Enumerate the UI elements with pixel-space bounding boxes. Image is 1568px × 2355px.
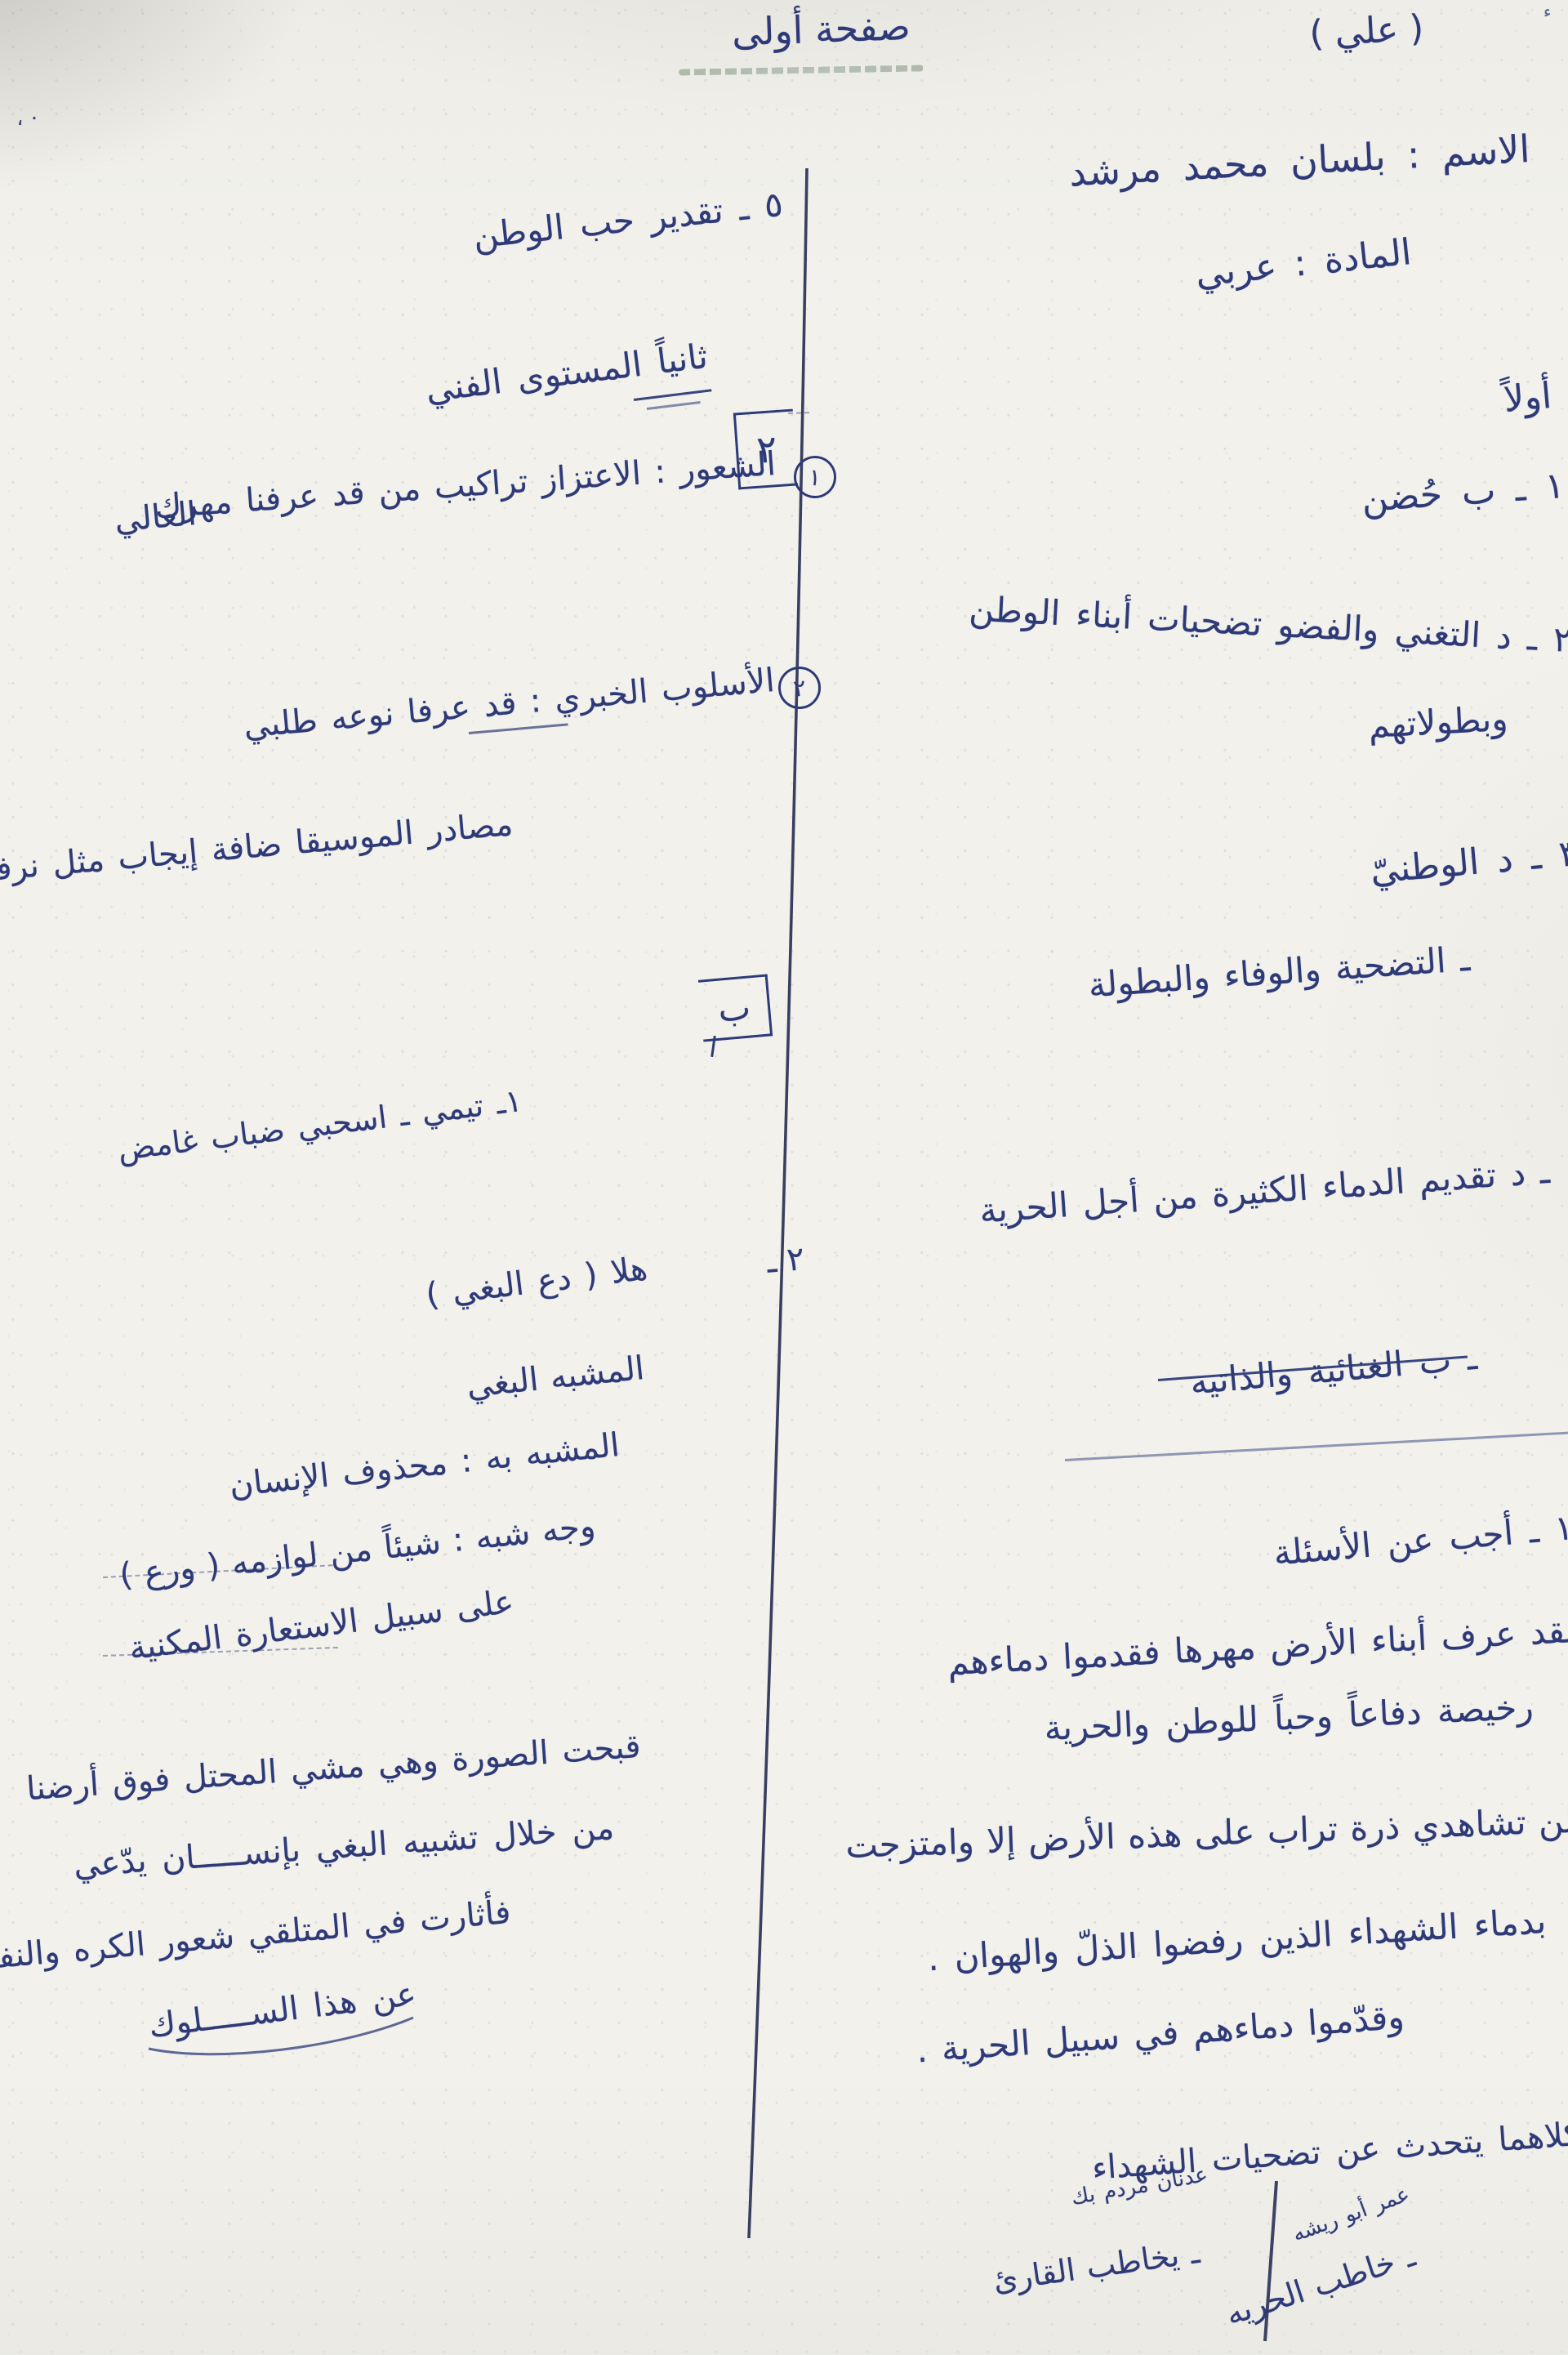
right-line-first_heading: أولاً (1503, 376, 1554, 421)
left-line-l_image3: فأثارت في المتلقي شعور الكره والنفرة (0, 1893, 512, 1978)
grade-circle-1: ١ (791, 453, 840, 502)
right-line-verse4: بدماء الشهداء الذين رفضوا الذلّ والهوان … (927, 1902, 1548, 1979)
left-line-l_image4: عن هذا الســـــلوك (146, 1975, 418, 2045)
left-line-l_image1: قبحت الصورة وهي مشي المحتل فوق أرضنا (25, 1728, 642, 1808)
grade-circle-2: ٢ (776, 664, 822, 711)
section-box-b: ب (698, 974, 773, 1041)
left-line-l_image2: من خلال تشبيه البغي بإنســـــان يدّعي (72, 1809, 615, 1884)
right-line-name: الاسم : بلسان محمد مرشد (1068, 127, 1531, 194)
right-line-verse2: رخيصة دفاعاً وحباً للوطن والحرية (1043, 1688, 1534, 1748)
left-line-l_b2: هلا ( دع البغي ) (424, 1250, 649, 1314)
left-line-l_second_heading: ثانياً المستوى الفني (423, 337, 710, 410)
right-line-q2_cont: وبطولاتهم (1367, 699, 1508, 746)
right-line-address_left: ـ يخاطب القارئ (991, 2235, 1202, 2299)
right-line-address_right: ـ خاطب الحريه (1221, 2238, 1419, 2333)
left-line-l_mushabbah: المشبه البغي (465, 1349, 646, 1406)
left-line-l_feeling_cont: العالي (113, 495, 198, 540)
right-line-point2: ـ د تقديم الدماء الكثيرة من أجل الحرية (978, 1152, 1551, 1231)
right-line-point3: ـ ب الغنائية والذاتيه (1188, 1338, 1478, 1403)
left-line-l_feeling: الشعور : الاعتزاز تراكيب من قد عرفنا مهر… (154, 445, 777, 526)
section-horizontal-rule (1065, 1431, 1568, 1461)
corner-note: ( علي ) (1308, 8, 1424, 56)
right-line-verse1: لقد عرف أبناء الأرض مهرها فقدموا دماءهم (947, 1611, 1568, 1684)
right-line-poet_right: عمر أبو ريشه (1290, 2183, 1413, 2247)
thaniyan-underline-2 (647, 401, 701, 410)
stray-ink-dots: ٠ ، (16, 105, 41, 131)
right-line-verse5: وقدّموا دماءهم في سبيل الحرية . (915, 1997, 1406, 2071)
qad-arafa-underline (469, 723, 568, 734)
title-underline-highlight (679, 65, 924, 75)
left-line-l_style: الأسلوب الخبري : قد عرفا نوعه طلبي (242, 662, 776, 746)
page-title: صفحة أولى (731, 5, 911, 54)
left-line-l_b1: ١ـ تيمي ـ اسحبي ضباب غامض (115, 1083, 523, 1168)
right-line-q2: ٢ ـ د التغني والفضو تضحيات أبناء الوطن (969, 589, 1568, 660)
left-line-l_isti3ara: على سبيل الاستعارة المكنية (127, 1583, 516, 1667)
left-line-l_wajh_shabah: وجه شبه : شيئاً من لوازمه ( ورع ) (118, 1507, 597, 1595)
right-line-answer_heading: ١ ـ أجب عن الأسئلة (1272, 1508, 1568, 1573)
left-line-l_b2_num: ٢ ـ (765, 1240, 806, 1281)
right-line-point1: ـ التضحية والوفاء والبطولة (1087, 939, 1471, 1006)
scanned-exam-page: صفحة أولى ( علي ) ٠ ، ء ١ ٢ ٢ ب الاسم : … (0, 0, 1568, 2355)
right-line-q1: ١ ـ ب حُضن (1361, 466, 1566, 521)
thaniyan-underline (634, 389, 712, 401)
left-line-l_mushabbah_bih: المشبه به : محذوف الإنسان (228, 1426, 621, 1505)
right-line-subject: المادة : عربي (1193, 232, 1413, 296)
right-line-q3: ٣ ـ د الوطنيّ (1369, 833, 1568, 893)
edge-ink-mark: ء (1543, 2, 1551, 21)
right-line-verse3: لن تشاهدي ذرة تراب على هذه الأرض إلا وام… (845, 1801, 1568, 1866)
left-line-l_music: مصادر الموسيقا ضافة إيجاب مثل نرفض (0, 805, 514, 891)
left-line-l_point5: ٥ ـ تقدير حب الوطن (471, 185, 785, 256)
